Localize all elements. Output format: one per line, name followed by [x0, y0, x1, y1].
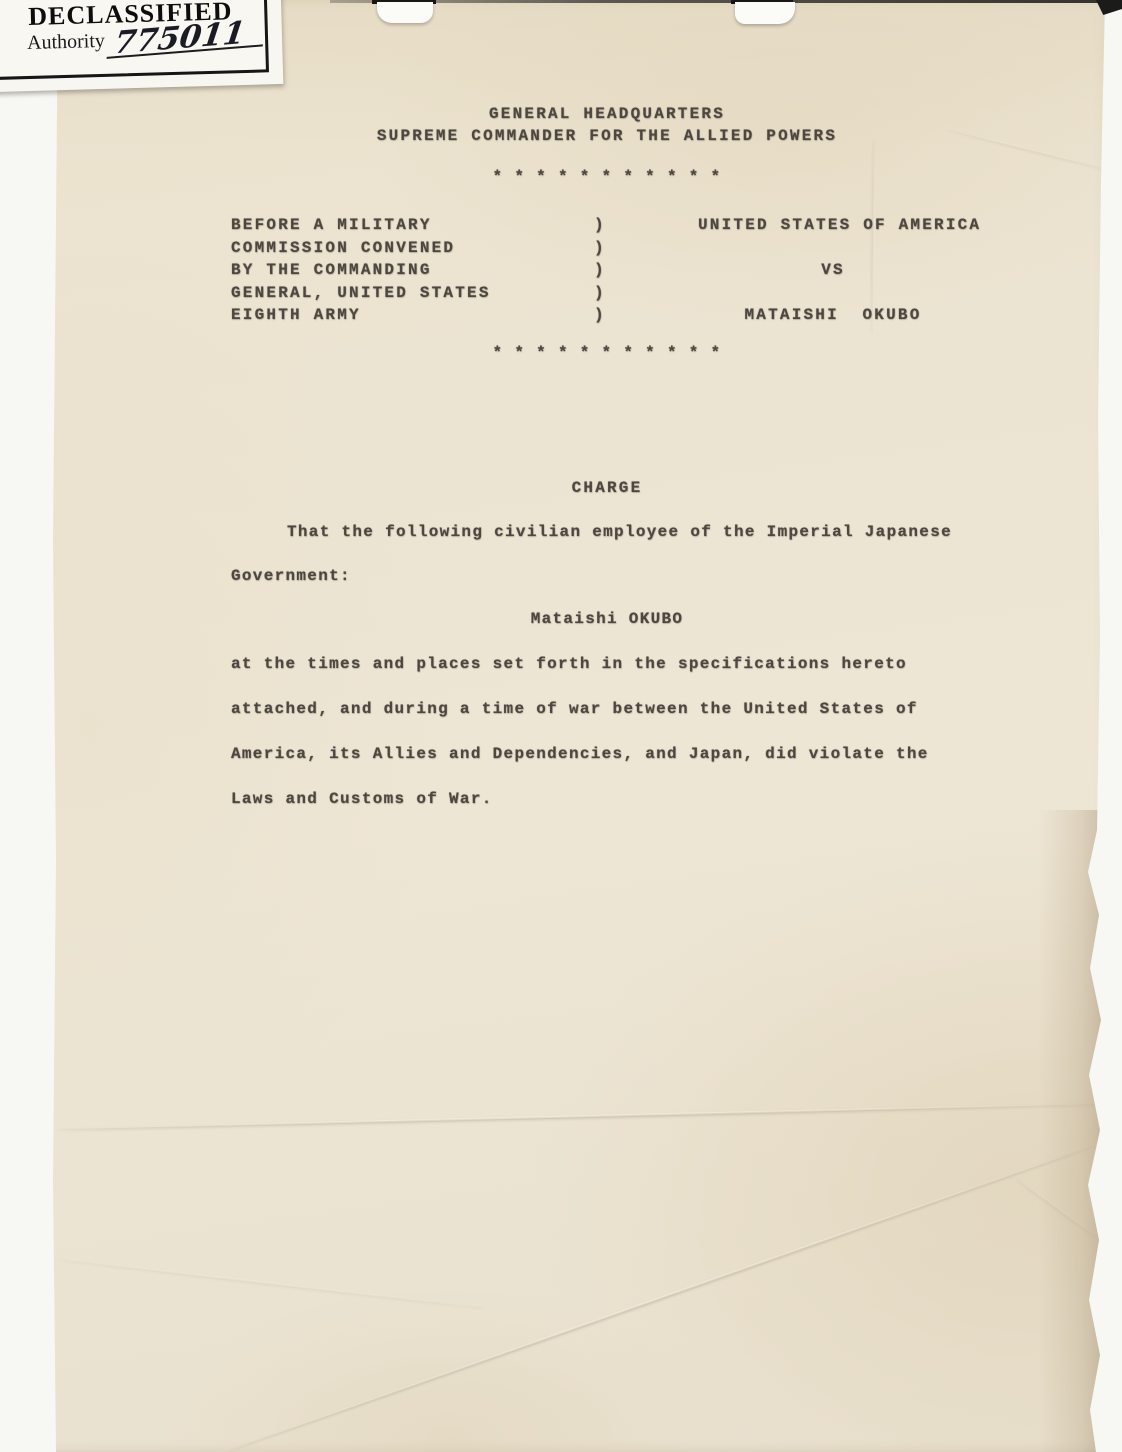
declassified-stamp: DECLASSIFIED Authority 775011	[0, 0, 283, 92]
asterisk-divider: * * * * * * * * * * *	[92, 168, 1122, 186]
caption-left-line: COMMISSION CONVENED	[231, 239, 455, 257]
caption-left-line: EIGHTH ARMY	[231, 306, 361, 324]
charge-body-line: at the times and places set forth in the…	[231, 655, 907, 673]
versus-label: VS	[698, 261, 968, 279]
charge-body-line: attached, and during a time of war betwe…	[231, 700, 918, 718]
caption-bracket: )	[594, 216, 606, 234]
charge-intro-line2: Government:	[231, 567, 351, 585]
document-header-line1: GENERAL HEADQUARTERS	[92, 105, 1122, 123]
accused-name: Mataishi OKUBO	[92, 610, 1122, 628]
caption-left-line: BY THE COMMANDING	[231, 261, 432, 279]
typed-text-layer: GENERAL HEADQUARTERS SUPREME COMMANDER F…	[0, 0, 1122, 1452]
stamp-border: DECLASSIFIED Authority 775011	[0, 0, 269, 80]
charge-body-line: America, its Allies and Dependencies, an…	[231, 745, 929, 763]
caption-bracket: )	[594, 284, 606, 302]
charge-heading: CHARGE	[92, 479, 1122, 497]
caption-left-line: GENERAL, UNITED STATES	[231, 284, 491, 302]
caption-bracket: )	[594, 239, 606, 257]
stamp-authority-label: Authority	[27, 30, 105, 55]
plaintiff-name: UNITED STATES OF AMERICA	[698, 216, 968, 234]
caption-bracket: )	[594, 261, 606, 279]
caption-bracket: )	[594, 306, 606, 324]
charge-intro-line1: That the following civilian employee of …	[287, 523, 952, 541]
asterisk-divider: * * * * * * * * * * *	[92, 344, 1122, 362]
caption-left-line: BEFORE A MILITARY	[231, 216, 432, 234]
stamp-authority-number: 775011	[106, 21, 266, 59]
document-header-line2: SUPREME COMMANDER FOR THE ALLIED POWERS	[92, 127, 1122, 145]
defendant-name: MATAISHI OKUBO	[698, 306, 968, 324]
charge-body-line: Laws and Customs of War.	[231, 790, 493, 808]
